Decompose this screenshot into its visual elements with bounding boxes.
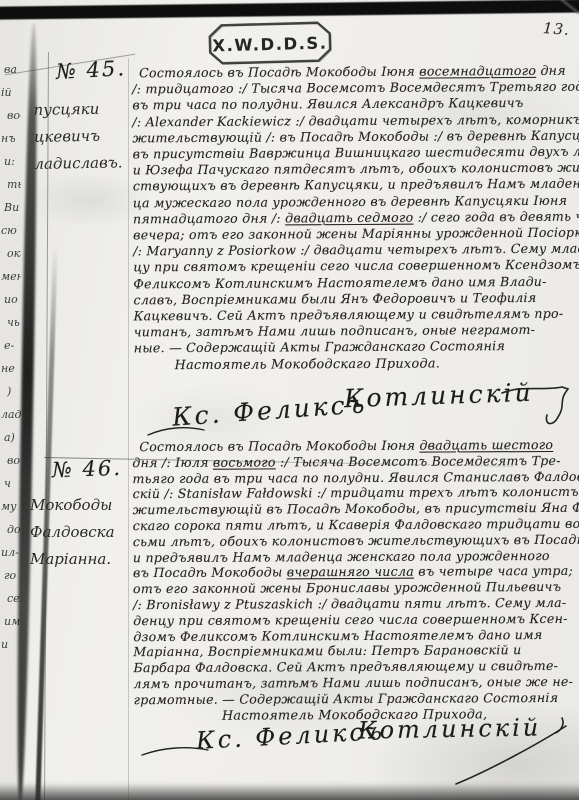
gutter-fragment: нъ xyxy=(1,133,21,145)
gutter-fragment: му xyxy=(1,501,21,513)
page-number: 13. xyxy=(542,19,570,39)
gutter-fragment: во xyxy=(7,455,21,467)
record-line: читанъ, затѣмъ Нами лишь подписанъ, оные… xyxy=(134,322,576,341)
record-line: сьми лѣтъ, обоихъ колонистовъ жительству… xyxy=(133,532,575,550)
document-scan: ваійво-нъи:тьВисюокамениочье-не)лад-а)во… xyxy=(0,0,579,800)
gutter-fragment: е- xyxy=(4,340,21,352)
registry-stamp: X.W.D.D.S. xyxy=(206,19,333,70)
record-line: дня /: Іюля восьмого :/ Тысяча Восемсотъ… xyxy=(132,453,574,471)
entry-45-number: № 45. xyxy=(55,56,126,84)
signature-flourish-icon xyxy=(450,712,575,790)
scan-top-edge-shadow xyxy=(0,0,579,20)
entry-46-number: № 46. xyxy=(52,456,123,482)
record-line: денцу при святомъ крещеніи сего числа со… xyxy=(133,611,575,629)
gutter-fragment: ) xyxy=(7,386,21,398)
entry-45-closing: Настоятель Мокободскаго Прихода. xyxy=(134,354,576,375)
record-line: грамотные. — Содержащій Акты Гражданскаг… xyxy=(134,690,576,708)
gutter-fragment: ио xyxy=(4,294,21,306)
margin-note-line: Маріанна. xyxy=(30,546,134,573)
gutter-fragment: во- xyxy=(7,110,21,122)
scan-bottom-edge-shadow xyxy=(0,783,579,800)
gutter-fragment: сю xyxy=(1,225,21,237)
margin-note-line: пусцяки xyxy=(33,95,137,124)
margin-note-line: ладиславъ. xyxy=(34,149,138,178)
gutter-fragment: не xyxy=(1,363,21,375)
gutter-fragment: а) xyxy=(4,432,21,444)
gutter-fragment: и: xyxy=(4,156,21,168)
gutter-fragment: ч xyxy=(4,478,21,490)
gutter-fragment: лад- xyxy=(1,409,21,421)
gutter-fragment: Ви xyxy=(4,202,21,214)
gutter-fragment: ій xyxy=(1,87,21,99)
entry-45-signature-left: Кс. Феликсъ xyxy=(171,389,368,432)
margin-note-line: Мокободы xyxy=(30,492,134,519)
gutter-fragment: мен xyxy=(1,271,21,283)
entry-46-text: Состоялось въ Посадѣ Мокободы Іюня двадц… xyxy=(132,437,575,725)
gutter-fragment: чь xyxy=(7,317,21,329)
margin-note-line: Фалдовска xyxy=(30,519,134,546)
entry-45-margin-note: пусцякицкевичъладиславъ. xyxy=(33,95,138,178)
entry-45-text: Состоялось въ Посадѣ Мокободы Іюня восем… xyxy=(132,63,576,375)
entry-46-margin-note: МокободыФалдовскаМаріанна. xyxy=(30,492,134,573)
margin-note-line: цкевичъ xyxy=(34,122,138,151)
stamp-text: X.W.D.D.S. xyxy=(212,33,328,55)
stamp-border: X.W.D.D.S. xyxy=(206,19,333,66)
gutter-fragment: ть xyxy=(7,179,21,191)
gutter-fragment: ока xyxy=(7,248,21,260)
